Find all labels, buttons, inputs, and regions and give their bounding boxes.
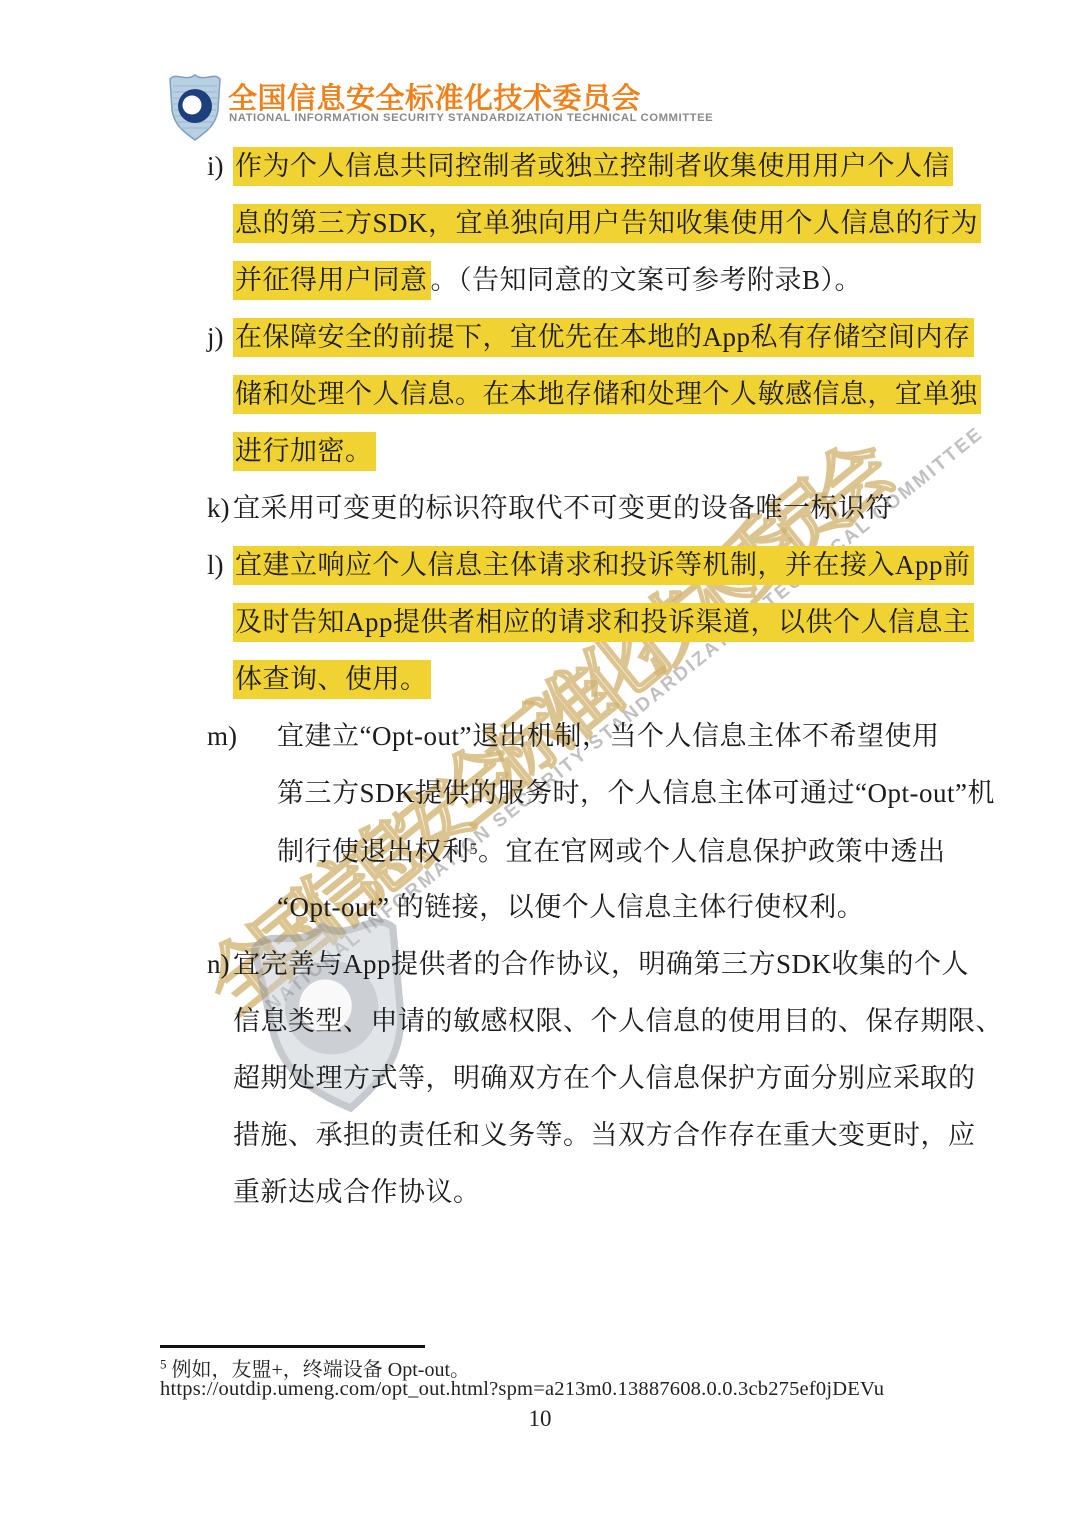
highlighted-text: 及时告知App提供者相应的请求和投诉渠道，以供个人信息主 [233, 603, 974, 642]
text-segment: 宜建立“Opt-out”退出机制，当个人信息主体不希望使用 [277, 721, 939, 751]
list-item-label: k) [207, 488, 230, 528]
text-segment: 宜完善与App提供者的合作协议，明确第三方SDK收集的个人 [233, 949, 969, 979]
highlighted-text: 在保障安全的前提下，宜优先在本地的App私有存储空间内存 [233, 318, 974, 357]
text-segment: 重新达成合作协议。 [233, 1177, 481, 1207]
text-segment: 。（告知同意的文案可参考附录B）。 [431, 265, 863, 295]
highlighted-text: 息的第三方SDK，宜单独向用户告知收集使用个人信息的行为 [233, 204, 981, 243]
footnote-url: https://outdip.umeng.com/opt_out.html?sp… [160, 1378, 884, 1401]
list-line: “Opt-out” 的链接，以便个人信息主体行使权利。 [0, 887, 1080, 944]
highlighted-text: 作为个人信息共同控制者或独立控制者收集使用用户个人信 [233, 147, 953, 186]
footnote-divider [160, 1345, 425, 1348]
document-page: 全国信息安全标准化技术委员会 NATIONAL INFORMATION SECU… [0, 0, 1080, 1528]
list-line: 重新达成合作协议。 [0, 1172, 1080, 1229]
list-line: 措施、承担的责任和义务等。当双方合作存在重大变更时，应 [0, 1115, 1080, 1172]
text-segment: 信息类型、申请的敏感权限、个人信息的使用目的、保存期限、 [233, 1006, 1003, 1036]
text-segment: “Opt-out” 的链接，以便个人信息主体行使权利。 [277, 892, 864, 922]
list-line: 储和处理个人信息。在本地存储和处理个人敏感信息，宜单独 [0, 374, 1080, 431]
text-segment: 宜采用可变更的标识符取代不可变更的设备唯一标识符 [233, 493, 893, 523]
text-segment: 第三方SDK提供的服务时，个人信息主体可通过“Opt-out”机 [277, 778, 995, 808]
clause-list: i)作为个人信息共同控制者或独立控制者收集使用用户个人信息的第三方SDK，宜单独… [0, 146, 1080, 1229]
committee-title-chinese: 全国信息安全标准化技术委员会 [228, 76, 641, 117]
list-line: 信息类型、申请的敏感权限、个人信息的使用目的、保存期限、 [0, 1001, 1080, 1058]
list-line: k)宜采用可变更的标识符取代不可变更的设备唯一标识符 [0, 488, 1080, 545]
highlighted-text: 体查询、使用。 [233, 660, 431, 699]
highlighted-text: 并征得用户同意 [233, 261, 431, 300]
header: 全国信息安全标准化技术委员会 NATIONAL INFORMATION SECU… [0, 0, 1080, 150]
text-segment: 制行使退出权利 [277, 836, 470, 866]
list-line: 第三方SDK提供的服务时，个人信息主体可通过“Opt-out”机 [0, 773, 1080, 830]
list-line: i)作为个人信息共同控制者或独立控制者收集使用用户个人信 [0, 146, 1080, 203]
committee-logo-shield-icon [168, 70, 222, 142]
list-line: m)宜建立“Opt-out”退出机制，当个人信息主体不希望使用 [0, 716, 1080, 773]
page-number: 10 [0, 1406, 1080, 1432]
text-segment: 措施、承担的责任和义务等。当双方合作存在重大变更时，应 [233, 1120, 976, 1150]
list-line: 超期处理方式等，明确双方在个人信息保护方面分别应采取的 [0, 1058, 1080, 1115]
list-line: 并征得用户同意。（告知同意的文案可参考附录B）。 [0, 260, 1080, 317]
highlighted-text: 储和处理个人信息。在本地存储和处理个人敏感信息，宜单独 [233, 375, 981, 414]
list-line: l)宜建立响应个人信息主体请求和投诉等机制，并在接入App前 [0, 545, 1080, 602]
footnote-marker: 5 [160, 1356, 167, 1371]
list-line: 及时告知App提供者相应的请求和投诉渠道，以供个人信息主 [0, 602, 1080, 659]
list-item-label: l) [207, 545, 224, 585]
list-line: n)宜完善与App提供者的合作协议，明确第三方SDK收集的个人 [0, 944, 1080, 1001]
text-segment: 超期处理方式等，明确双方在个人信息保护方面分别应采取的 [233, 1063, 976, 1093]
committee-title-english: NATIONAL INFORMATION SECURITY STANDARDIZ… [229, 112, 713, 124]
text-segment: 5 [470, 841, 479, 858]
list-item-label: j) [207, 317, 224, 357]
list-item-label: m) [207, 716, 237, 756]
list-line: 制行使退出权利5。宜在官网或个人信息保护政策中透出 [0, 830, 1080, 887]
list-line: 息的第三方SDK，宜单独向用户告知收集使用个人信息的行为 [0, 203, 1080, 260]
list-item-label: n) [207, 944, 230, 984]
list-line: 体查询、使用。 [0, 659, 1080, 716]
highlighted-text: 进行加密。 [233, 432, 376, 471]
highlighted-text: 宜建立响应个人信息主体请求和投诉等机制，并在接入App前 [233, 546, 974, 585]
list-line: j)在保障安全的前提下，宜优先在本地的App私有存储空间内存 [0, 317, 1080, 374]
list-line: 进行加密。 [0, 431, 1080, 488]
text-segment: 。宜在官网或个人信息保护政策中透出 [478, 836, 946, 866]
list-item-label: i) [207, 146, 224, 186]
